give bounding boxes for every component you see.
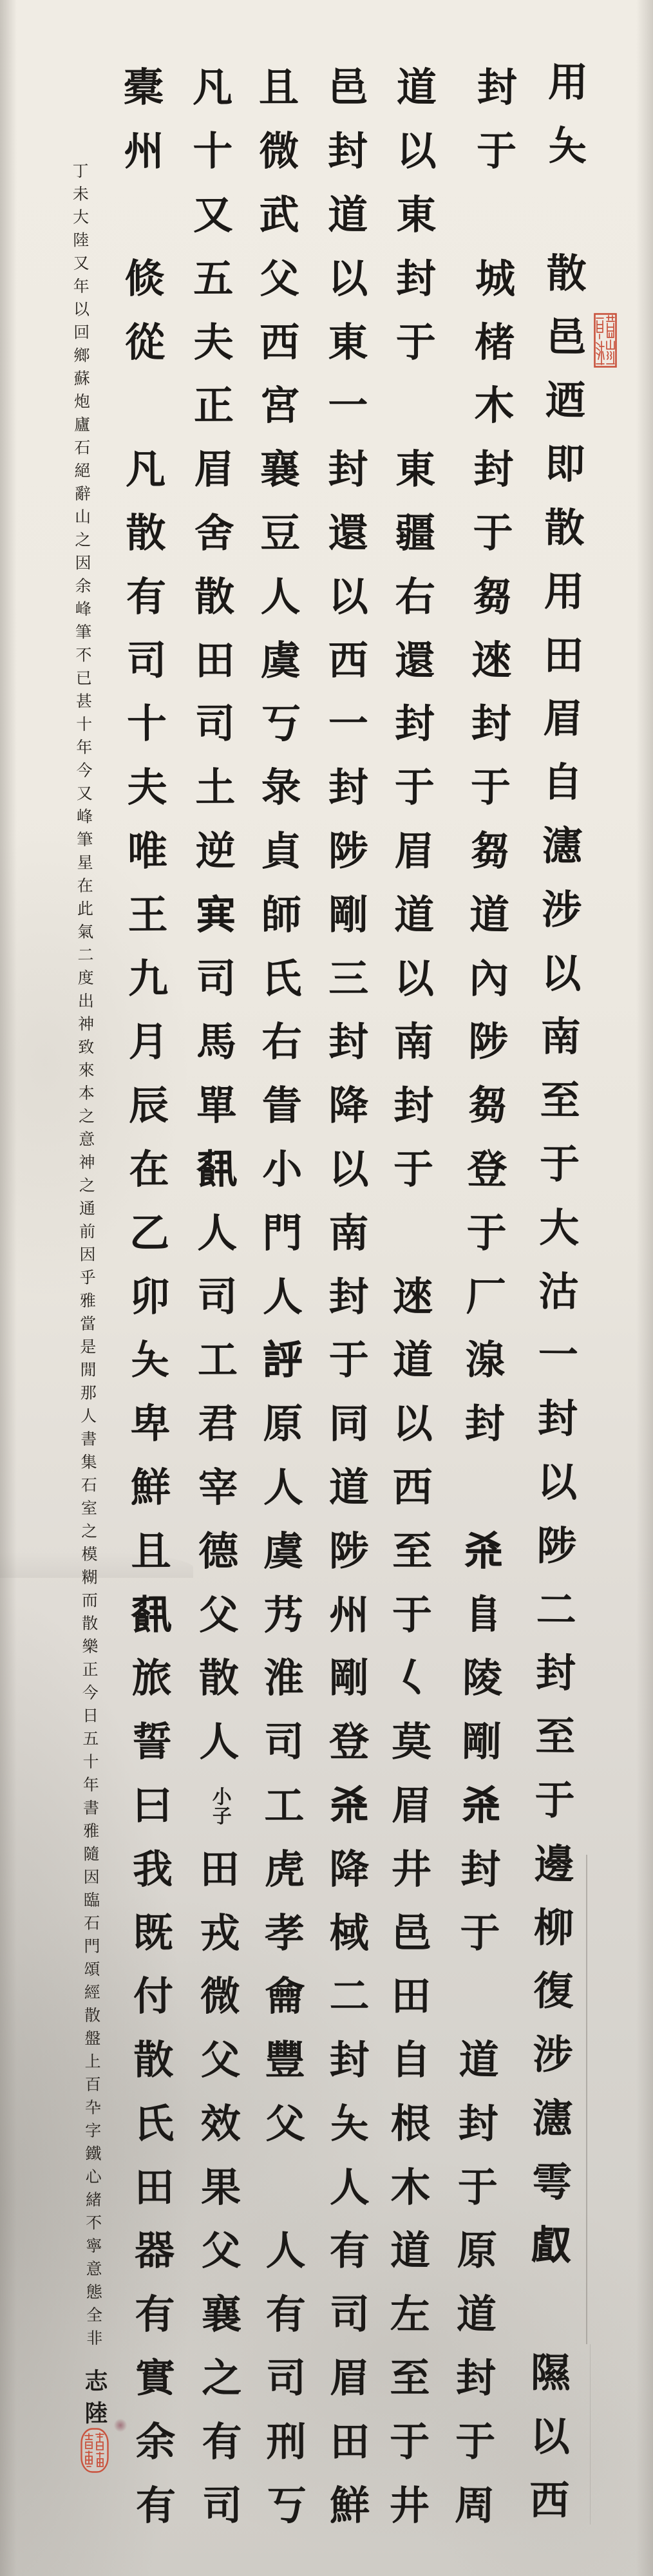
glyph: 柳 xyxy=(529,1895,579,1959)
glyph: 厂 xyxy=(461,1264,511,1328)
glyph: 邑 xyxy=(323,56,372,120)
glyph: 孝 xyxy=(260,1901,309,1965)
glyph: 降 xyxy=(325,1837,374,1901)
glyph: 以 xyxy=(324,1137,373,1201)
glyph: 至 xyxy=(388,1519,437,1583)
glyph: 之 xyxy=(197,2346,246,2410)
glyph: 陟 xyxy=(325,1519,374,1583)
glyph: 剛 xyxy=(324,883,373,947)
glyph: 有 xyxy=(130,2282,179,2346)
glyph: 邊 xyxy=(529,1832,579,1896)
glyph: 以 xyxy=(323,247,372,310)
text-column-4: 邑封道以東一封還以西一封陟剛三封降以南封于同道陟州剛登𣏂降棫二封夨人有司眉田鮮 xyxy=(323,56,374,2537)
glyph: 司 xyxy=(122,629,171,692)
glyph: 州 xyxy=(325,1583,374,1647)
glyph: 于 xyxy=(455,1900,505,1964)
glyph: 馬 xyxy=(192,1010,241,1074)
glyph: 父 xyxy=(196,2028,245,2092)
glyph: 道 xyxy=(452,2282,502,2346)
glyph: 乙 xyxy=(125,1201,174,1265)
glyph: 夨 xyxy=(325,2092,374,2155)
glyph: 𡿨 xyxy=(388,1646,437,1710)
glyph: 道 xyxy=(390,883,439,947)
glyph: 辰 xyxy=(124,1074,173,1137)
glyph: 微 xyxy=(254,119,303,183)
glyph: 同 xyxy=(325,1392,374,1455)
glyph: 邑 xyxy=(542,305,591,368)
glyph: 自 xyxy=(538,750,587,814)
glyph: 道 xyxy=(465,883,515,947)
glyph: 至 xyxy=(385,2346,434,2410)
glyph: 以 xyxy=(525,2405,575,2468)
text-column-6: 凡十又五夫正眉舍散田司土逆𡨄司馬單𩛥人司工君宰德父散人小子田戎微父效果父襄之有司 xyxy=(188,55,247,2537)
glyph: 涉 xyxy=(537,878,587,942)
glyph: 原 xyxy=(258,1392,307,1455)
glyph: 于 xyxy=(535,1132,585,1196)
glyph: 大 xyxy=(535,1196,584,1260)
glyph: 散 xyxy=(540,496,589,560)
glyph: 登 xyxy=(325,1710,374,1774)
glyph: 于 xyxy=(530,1768,580,1832)
glyph: 氏 xyxy=(257,947,306,1010)
glyph: 𢼸 xyxy=(471,183,521,247)
glyph: 戎 xyxy=(195,1901,244,1965)
glyph: 散 xyxy=(121,501,170,565)
glyph: 夫 xyxy=(122,755,171,819)
glyph: 德 xyxy=(194,1519,243,1583)
glyph: 逆 xyxy=(191,819,240,883)
glyph: 于 xyxy=(325,1328,374,1392)
glyph: 沽 xyxy=(534,1259,583,1323)
glyph: 封 xyxy=(325,2028,374,2092)
glyph: 封 xyxy=(456,1837,506,1900)
glyph: 小子 xyxy=(195,1774,244,1837)
glyph: 至 xyxy=(531,1705,580,1768)
glyph: 氏 xyxy=(129,2092,178,2155)
glyph: 隰 xyxy=(525,2341,575,2405)
glyph: 𨜔 xyxy=(459,1455,509,1519)
glyph: 還 xyxy=(390,629,439,692)
glyph: 𨘔 xyxy=(526,2277,576,2341)
glyph: 西 xyxy=(525,2468,574,2532)
glyph: 夨 xyxy=(543,114,592,178)
glyph: 師 xyxy=(257,883,306,947)
glyph: 田 xyxy=(195,1837,244,1901)
glyph: 𨍉 xyxy=(389,1201,438,1265)
glyph: 西 xyxy=(388,1455,437,1519)
glyph: 封 xyxy=(451,2346,501,2410)
glyph: 橐 xyxy=(119,55,168,119)
glyph: 陟 xyxy=(464,1010,513,1074)
glyph: 棫 xyxy=(325,1901,374,1965)
glyph: 二 xyxy=(325,1964,374,2028)
glyph: 艿 xyxy=(259,1583,308,1647)
glyph: 𩛥 xyxy=(127,1582,176,1646)
glyph: 眉 xyxy=(189,437,238,501)
glyph: 迺 xyxy=(541,368,591,432)
glyph: 西 xyxy=(255,310,304,374)
glyph: 夨 xyxy=(126,1328,175,1392)
text-column-3: 道以東封于𨊠東疆右還封于眉道以南封于𨍉逨道以西至于𡿨莫眉井邑田自根木道左至于井 xyxy=(385,55,441,2537)
glyph: 𩛥 xyxy=(193,1137,241,1201)
glyph: 雩 xyxy=(527,2150,577,2214)
glyph: 東 xyxy=(391,437,440,501)
glyph: 九 xyxy=(124,947,173,1010)
paper-crease-line xyxy=(590,2344,591,2524)
glyph: 凡 xyxy=(188,55,237,119)
glyph: 宮 xyxy=(255,374,304,437)
glyph: 封 xyxy=(323,437,372,501)
glyph: 𢑴 xyxy=(455,1964,504,2028)
glyph: 瀗 xyxy=(538,814,587,878)
glyph: 道 xyxy=(386,2219,435,2283)
artist-signature: 志陸 xyxy=(83,2369,106,2433)
glyph: 封 xyxy=(325,1265,374,1329)
text-column-1: 用夨𢑚散邑迺即散用田眉自瀗涉以南至于大沽一封以陟二封至于邊柳復涉瀗雩𠭯𨘔隰以西 xyxy=(525,50,593,2532)
glyph: 刑 xyxy=(261,2410,310,2474)
glyph: 芻 xyxy=(463,1074,513,1137)
glyph: 眚 xyxy=(258,1074,307,1137)
glyph: 于 xyxy=(462,1201,511,1265)
glyph: 邑 xyxy=(386,1901,435,1965)
glyph: 舍 xyxy=(190,501,239,565)
glyph: 道 xyxy=(388,1328,437,1392)
glyph: 木 xyxy=(386,2155,435,2219)
glyph: 散 xyxy=(542,241,591,305)
glyph: 莫 xyxy=(387,1710,436,1774)
glyph: 微 xyxy=(196,1964,245,2028)
glyph: 父 xyxy=(261,2092,310,2155)
glyph: 司 xyxy=(260,1710,308,1774)
glyph: 井 xyxy=(387,1837,436,1901)
glyph: 湶 xyxy=(460,1328,510,1392)
glyph: 田 xyxy=(539,623,589,687)
glyph: 自 xyxy=(386,2028,435,2092)
glyph: 司 xyxy=(261,2346,310,2410)
glyph: 涉 xyxy=(528,2023,578,2087)
glyph: 宰 xyxy=(194,1455,243,1519)
glyph: 人 xyxy=(194,1710,243,1774)
glyph: 人 xyxy=(256,565,305,629)
glyph: 二 xyxy=(531,1577,581,1641)
glyph: 于 xyxy=(468,501,518,565)
glyph: 散 xyxy=(194,1646,243,1710)
glyph: 且 xyxy=(254,55,303,119)
glyph: 封 xyxy=(323,119,372,183)
glyph: 唯 xyxy=(123,819,172,883)
glyph: 卑 xyxy=(126,1392,175,1455)
glyph: 田 xyxy=(386,1964,435,2028)
glyph: 𥒣 xyxy=(120,183,169,247)
glyph: 封 xyxy=(324,755,373,819)
glyph: 剛 xyxy=(457,1710,507,1774)
glyph: 凡 xyxy=(121,437,170,501)
glyph: 司 xyxy=(193,1265,241,1329)
glyph: 工 xyxy=(260,1774,308,1837)
glyph: 襄 xyxy=(256,437,305,501)
glyph: 封 xyxy=(324,1010,373,1074)
glyph: 十 xyxy=(122,692,171,755)
seal-impression-icon xyxy=(80,2428,109,2473)
glyph: 封 xyxy=(469,437,518,501)
glyph: 封 xyxy=(531,1641,581,1705)
glyph: 襄 xyxy=(197,2282,246,2346)
glyph: 三 xyxy=(324,947,373,1010)
glyph: 封 xyxy=(390,692,439,755)
glyph: 內 xyxy=(464,946,514,1010)
glyph: 有 xyxy=(131,2474,180,2537)
glyph: 即 xyxy=(540,432,590,496)
glyph: 芻 xyxy=(468,565,517,629)
glyph: 月 xyxy=(124,1010,173,1074)
glyph: 誓 xyxy=(128,1710,176,1774)
glyph: 人 xyxy=(193,1201,241,1265)
glyph: 豆 xyxy=(256,501,305,565)
glyph: 司 xyxy=(198,2474,247,2537)
glyph: 果 xyxy=(196,2155,245,2219)
glyph: 田 xyxy=(325,2410,374,2474)
glyph: 井 xyxy=(385,2474,434,2537)
glyph: 有 xyxy=(261,2282,310,2346)
glyph: 王 xyxy=(123,883,172,947)
glyph: 于 xyxy=(466,755,515,819)
glyph: 道 xyxy=(325,1455,374,1519)
glyph: 在 xyxy=(124,1137,173,1201)
glyph: 還 xyxy=(324,501,373,565)
glyph: 于 xyxy=(472,119,522,183)
text-column-7: 橐州𥒣倐從𩦎凡散有司十夫唯王九月辰在乙卯夨卑鮮且𩛥旅誓曰我既付散氏田器有實余有 xyxy=(119,55,181,2537)
glyph: 封 xyxy=(466,692,516,755)
glyph: 于 xyxy=(390,755,439,819)
glyph: 鮮 xyxy=(126,1455,175,1519)
glyph: 𨊠 xyxy=(261,2155,310,2219)
glyph: 降 xyxy=(324,1074,373,1137)
glyph: 人 xyxy=(258,1265,307,1329)
glyph: 𩦎 xyxy=(120,374,169,437)
glyph: 周 xyxy=(450,2473,500,2537)
red-ink-smudge xyxy=(113,2419,128,2432)
glyph: 散 xyxy=(129,2028,178,2092)
glyph: 瀗 xyxy=(527,2087,577,2150)
glyph: 原 xyxy=(452,2219,502,2282)
glyph: 右 xyxy=(258,1010,307,1074)
glyph: 父 xyxy=(196,2219,245,2283)
glyph: 陟 xyxy=(532,1514,582,1578)
glyph: 州 xyxy=(119,119,168,183)
glyph: 小 xyxy=(258,1137,307,1201)
glyph: 司 xyxy=(191,692,240,755)
glyph: 芻 xyxy=(466,819,515,883)
glyph: 效 xyxy=(196,2092,245,2155)
glyph: 左 xyxy=(386,2282,435,2346)
glyph: 有 xyxy=(325,2219,374,2283)
glyph: 以 xyxy=(392,119,441,183)
glyph: 𡨄 xyxy=(191,883,240,947)
glyph: 𨸏 xyxy=(459,1582,508,1646)
glyph: 逨 xyxy=(388,1265,437,1329)
glyph: 用 xyxy=(540,560,589,623)
glyph: 封 xyxy=(460,1392,509,1455)
glyph: 父 xyxy=(194,1583,243,1647)
glyph: 一 xyxy=(324,692,373,756)
glyph: 田 xyxy=(129,2155,178,2219)
glyph: 門 xyxy=(258,1201,307,1265)
glyph: 南 xyxy=(325,1201,374,1265)
glyph: 有 xyxy=(197,2410,246,2474)
glyph: 旅 xyxy=(127,1646,176,1710)
colophon-inscription: 丁未大陸又年以回鄉蘇炮廬石絕辭山之因余峰筆不已甚十年今又峰筆星在此氣二度出神致來… xyxy=(70,162,103,2353)
glyph: 以 xyxy=(388,1392,437,1455)
glyph: 器 xyxy=(130,2219,179,2282)
glyph: 于 xyxy=(389,1137,438,1201)
glyph: 有 xyxy=(122,565,171,629)
glyph: 東 xyxy=(323,310,372,374)
glyph: 于 xyxy=(388,1583,437,1647)
glyph: 從 xyxy=(120,310,169,374)
glyph: 一 xyxy=(533,1323,583,1387)
seal-bottom-left xyxy=(80,2428,109,2473)
glyph: 丂 xyxy=(262,2474,311,2537)
glyph: 龠 xyxy=(260,1964,309,2028)
glyph: 根 xyxy=(386,2092,435,2155)
glyph: 夫 xyxy=(189,310,238,374)
glyph: 于 xyxy=(451,2410,500,2474)
glyph: 人 xyxy=(261,2219,310,2283)
glyph: 眉 xyxy=(325,2346,374,2410)
glyph: 倐 xyxy=(120,247,169,310)
glyph: 𣏂 xyxy=(457,1774,506,1837)
glyph: 丂 xyxy=(256,692,305,755)
glyph: 淮 xyxy=(260,1646,308,1710)
glyph: 以 xyxy=(390,947,439,1010)
glyph: 西 xyxy=(324,629,373,692)
glyph: 貞 xyxy=(257,819,306,883)
glyph: 陟 xyxy=(324,819,373,883)
glyph: 東 xyxy=(392,183,440,247)
glyph: 以 xyxy=(536,941,586,1005)
glyph: 正 xyxy=(189,374,238,437)
glyph: 復 xyxy=(529,1959,578,2023)
glyph: 陵 xyxy=(458,1646,507,1710)
glyph: 武 xyxy=(254,183,303,247)
glyph: 散 xyxy=(190,565,239,629)
glyph: 工 xyxy=(193,1328,242,1392)
glyph: 十 xyxy=(188,119,237,183)
glyph: 于 xyxy=(453,2155,502,2219)
glyph: 彔 xyxy=(256,755,305,819)
glyph: 五 xyxy=(189,247,238,310)
glyph: 于 xyxy=(385,2410,434,2474)
text-column-5: 且微武父西宮襄豆人虞丂彔貞師氏右眚小門人𧦝原人虞艿淮司工虎孝龠豐父𨊠人有司刑丂 xyxy=(254,55,311,2537)
glyph: 疆 xyxy=(391,501,440,565)
glyph: 虎 xyxy=(260,1837,309,1901)
glyph: 以 xyxy=(324,565,373,629)
glyph: 實 xyxy=(131,2346,180,2410)
glyph: 司 xyxy=(191,947,240,1010)
glyph: 道 xyxy=(392,55,441,119)
glyph: 既 xyxy=(128,1900,177,1964)
glyph: 余 xyxy=(131,2410,180,2474)
glyph: 𧦝 xyxy=(258,1328,307,1392)
glyph: 登 xyxy=(462,1137,512,1201)
glyph: 曰 xyxy=(128,1774,176,1837)
glyph: 又 xyxy=(189,183,238,247)
glyph: 封 xyxy=(533,1387,583,1450)
glyph: 人 xyxy=(325,2155,374,2219)
seal-top-right xyxy=(594,313,617,368)
text-column-2: 封于𢼸城楮木封于芻逨封于芻道內陟芻登于厂湶封𨜔𣏂𨸏陵剛𣏂封于𢑴道封于原道封于周 xyxy=(450,55,522,2537)
glyph: 豐 xyxy=(260,2028,309,2092)
glyph: 城 xyxy=(471,247,520,310)
glyph: 逨 xyxy=(467,628,516,692)
glyph: 𣏂 xyxy=(459,1519,509,1582)
glyph: 至 xyxy=(535,1068,585,1132)
paper-crease-line xyxy=(586,1855,587,2344)
glyph: 南 xyxy=(536,1005,585,1068)
glyph: 剛 xyxy=(325,1646,374,1710)
glyph: 父 xyxy=(255,247,304,310)
glyph: 𠭯 xyxy=(527,2213,576,2277)
seal-impression-icon xyxy=(594,313,617,368)
glyph: 我 xyxy=(128,1837,177,1901)
glyph: 眉 xyxy=(538,687,588,750)
glyph: 用 xyxy=(544,50,593,114)
glyph: 楮 xyxy=(470,310,520,374)
glyph: 單 xyxy=(192,1074,241,1137)
glyph: 道 xyxy=(323,183,372,247)
glyph: 虞 xyxy=(256,629,305,692)
glyph: 𣏂 xyxy=(325,1774,374,1837)
glyph: 封 xyxy=(392,247,440,310)
glyph: 南 xyxy=(389,1010,438,1074)
glyph: 君 xyxy=(193,1392,242,1455)
glyph: 以 xyxy=(533,1450,582,1514)
glyph: 虞 xyxy=(259,1519,308,1583)
glyph: 𢑚 xyxy=(542,178,592,241)
glyph: 道 xyxy=(454,2028,504,2092)
glyph: 一 xyxy=(323,374,372,438)
glyph: 𨊠 xyxy=(391,374,440,437)
glyph: 封 xyxy=(473,55,522,119)
glyph: 司 xyxy=(325,2282,374,2346)
glyph: 眉 xyxy=(387,1774,436,1837)
glyph: 鮮 xyxy=(325,2474,374,2537)
glyph: 卯 xyxy=(125,1265,174,1329)
glyph: 田 xyxy=(190,629,239,692)
glyph: 木 xyxy=(469,374,519,437)
glyph: 土 xyxy=(191,755,240,819)
glyph: 封 xyxy=(389,1074,438,1137)
glyph: 于 xyxy=(392,310,440,374)
glyph: 封 xyxy=(453,2092,503,2155)
glyph: 眉 xyxy=(390,819,439,883)
glyph: 且 xyxy=(126,1519,175,1583)
glyph: 付 xyxy=(129,1964,178,2028)
glyph: 人 xyxy=(259,1455,308,1519)
glyph: 右 xyxy=(391,565,440,629)
